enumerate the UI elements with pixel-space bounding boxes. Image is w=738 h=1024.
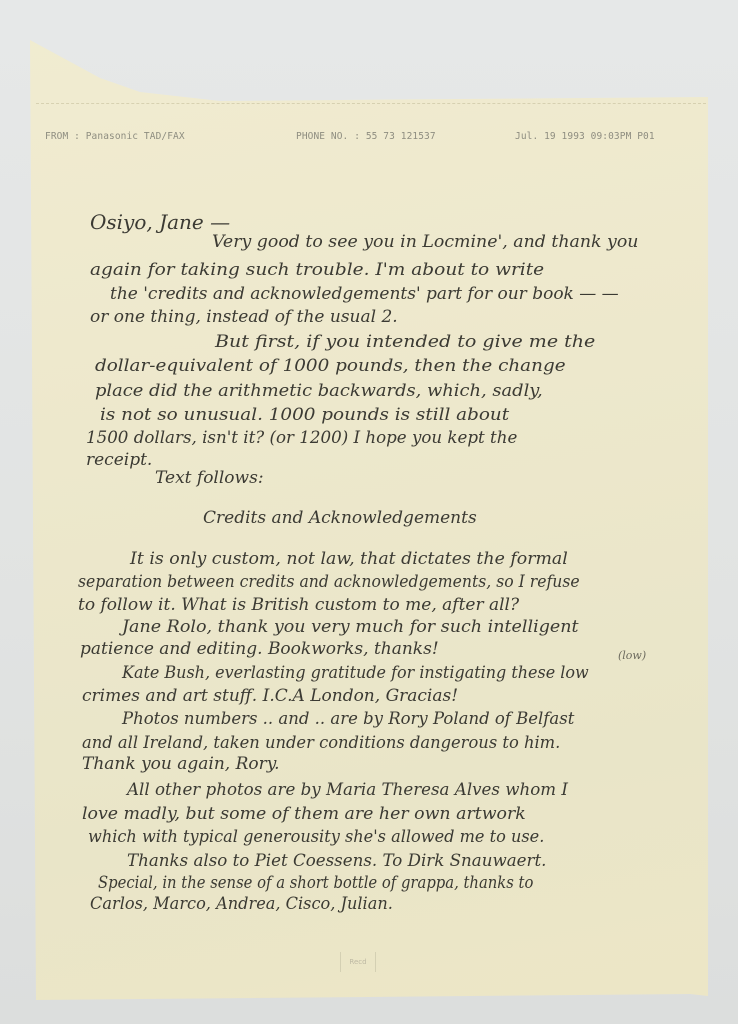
letter-line: place did the arithmetic backwards, whic…: [95, 383, 543, 400]
fax-from: FROM : Panasonic TAD/FAX: [45, 131, 185, 142]
letter-line: the 'credits and acknowledgements' part …: [110, 286, 619, 303]
fax-datetime-page: Jul. 19 1993 09:03PM P01: [515, 131, 655, 142]
body-line: Thanks also to Piet Coessens. To Dirk Sn…: [127, 853, 546, 870]
letter-line: But first, if you intended to give me th…: [215, 334, 595, 351]
letter-line: receipt.: [86, 452, 152, 469]
letter-line: dollar-equivalent of 1000 pounds, then t…: [95, 358, 566, 375]
body-line: separation between credits and acknowled…: [78, 574, 580, 591]
body-line: patience and editing. Bookworks, thanks!: [80, 641, 439, 658]
body-line: which with typical generousity she's all…: [88, 829, 544, 846]
letter-line: is not so unusual. 1000 pounds is still …: [100, 407, 509, 424]
letter-line: again for taking such trouble. I'm about…: [90, 262, 544, 279]
paper-perforation: [36, 103, 706, 104]
section-title: Credits and Acknowledgements: [203, 510, 477, 527]
fax-phone: PHONE NO. : 55 73 121537: [296, 131, 436, 142]
letter-line: Text follows:: [155, 470, 264, 487]
body-line: All other photos are by Maria Theresa Al…: [127, 782, 568, 799]
body-line: Kate Bush, everlasting gratitude for ins…: [122, 665, 589, 682]
body-line: Special, in the sense of a short bottle …: [98, 875, 533, 892]
body-line: crimes and art stuff. I.C.A London, Grac…: [82, 688, 458, 705]
body-line: to follow it. What is British custom to …: [78, 597, 519, 614]
body-line: love madly, but some of them are her own…: [82, 806, 526, 823]
greeting: Osiyo, Jane —: [90, 212, 230, 232]
margin-note: (low): [618, 650, 646, 661]
received-stamp: Recd: [340, 952, 376, 972]
body-line: Carlos, Marco, Andrea, Cisco, Julian.: [90, 896, 393, 913]
letter-line: Very good to see you in Locmine', and th…: [212, 234, 638, 251]
fax-header: FROM : Panasonic TAD/FAX PHONE NO. : 55 …: [0, 131, 738, 145]
body-line: Photos numbers .. and .. are by Rory Pol…: [122, 711, 574, 728]
body-line: Jane Rolo, thank you very much for such …: [122, 619, 579, 636]
body-line: Thank you again, Rory.: [82, 756, 280, 773]
letter-line: or one thing, instead of the usual 2.: [90, 309, 398, 326]
letter-line: 1500 dollars, isn't it? (or 1200) I hope…: [86, 430, 517, 447]
body-line: It is only custom, not law, that dictate…: [130, 551, 568, 568]
body-line: and all Ireland, taken under conditions …: [82, 735, 560, 752]
